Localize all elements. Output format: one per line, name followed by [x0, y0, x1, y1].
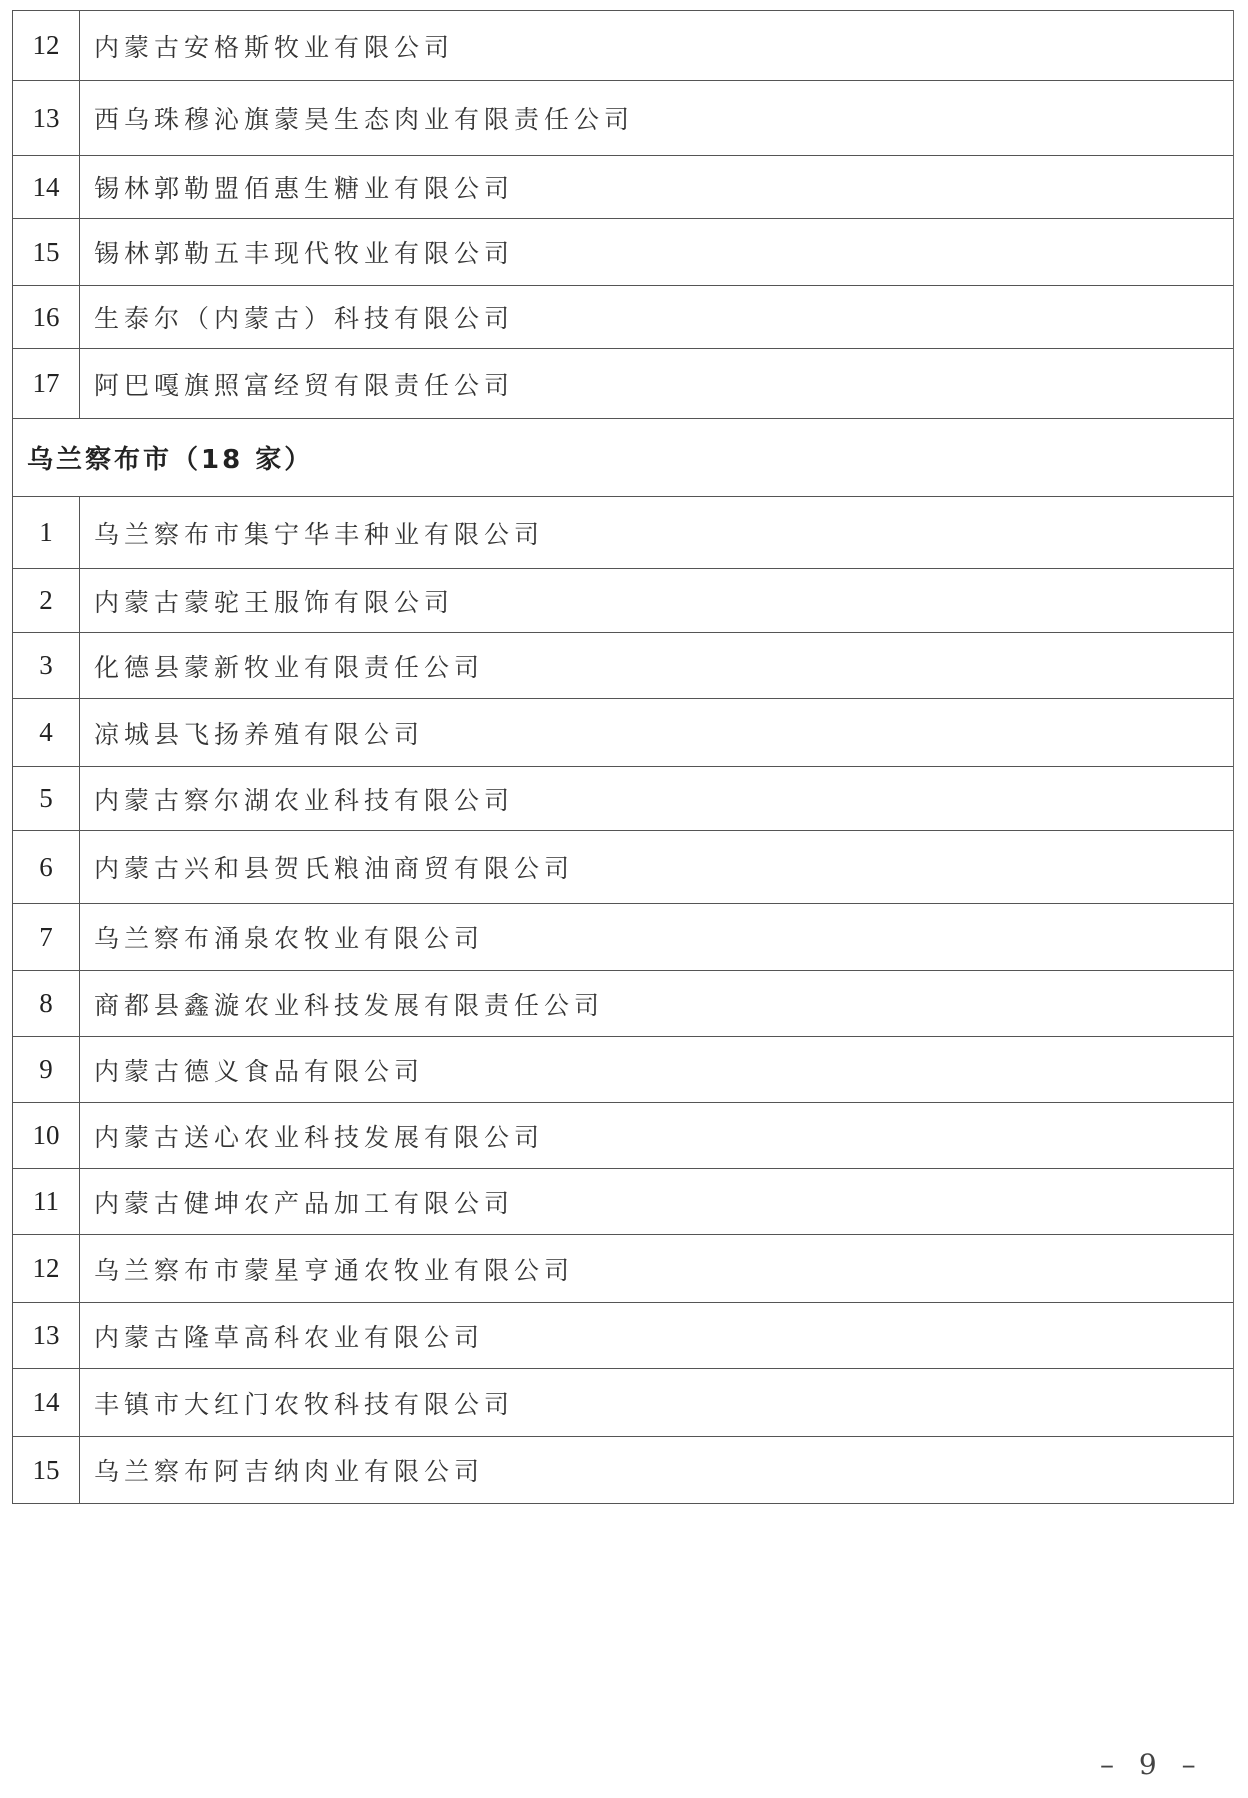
company-name: 商都县鑫漩农业科技发展有限责任公司 — [80, 971, 1233, 1036]
table-row: 1乌兰察布市集宁华丰种业有限公司 — [13, 496, 1233, 568]
row-number: 13 — [13, 81, 80, 155]
row-number: 4 — [13, 699, 80, 766]
row-number: 6 — [13, 831, 80, 903]
row-number: 11 — [13, 1169, 80, 1234]
section-header-row: 乌兰察布市（18 家） — [13, 418, 1233, 496]
table-row: 9内蒙古德义食品有限公司 — [13, 1036, 1233, 1102]
table-row: 6内蒙古兴和县贺氏粮油商贸有限公司 — [13, 830, 1233, 903]
company-name: 丰镇市大红门农牧科技有限公司 — [80, 1369, 1233, 1436]
row-number: 9 — [13, 1037, 80, 1102]
table-row: 10内蒙古送心农业科技发展有限公司 — [13, 1102, 1233, 1168]
table-row: 15锡林郭勒五丰现代牧业有限公司 — [13, 218, 1233, 285]
company-name: 乌兰察布阿吉纳肉业有限公司 — [80, 1437, 1233, 1503]
company-name: 内蒙古安格斯牧业有限公司 — [80, 11, 1233, 80]
row-number: 17 — [13, 349, 80, 418]
table-row: 14丰镇市大红门农牧科技有限公司 — [13, 1368, 1233, 1436]
row-number: 12 — [13, 11, 80, 80]
company-name: 内蒙古隆草高科农业有限公司 — [80, 1303, 1233, 1368]
company-name: 西乌珠穆沁旗蒙昊生态肉业有限责任公司 — [80, 81, 1233, 155]
row-number: 7 — [13, 904, 80, 970]
table-body-bottom: 1乌兰察布市集宁华丰种业有限公司2内蒙古蒙驼王服饰有限公司3化德县蒙新牧业有限责… — [13, 496, 1233, 1503]
company-name: 内蒙古送心农业科技发展有限公司 — [80, 1103, 1233, 1168]
row-number: 5 — [13, 767, 80, 830]
company-name: 凉城县飞扬养殖有限公司 — [80, 699, 1233, 766]
table-row: 16生泰尔（内蒙古）科技有限公司 — [13, 285, 1233, 348]
row-number: 8 — [13, 971, 80, 1036]
table-row: 7乌兰察布涌泉农牧业有限公司 — [13, 903, 1233, 970]
company-name: 生泰尔（内蒙古）科技有限公司 — [80, 286, 1233, 348]
row-number: 15 — [13, 219, 80, 285]
row-number: 10 — [13, 1103, 80, 1168]
row-number: 14 — [13, 1369, 80, 1436]
row-number: 3 — [13, 633, 80, 698]
table-row: 13内蒙古隆草高科农业有限公司 — [13, 1302, 1233, 1368]
company-name: 锡林郭勒五丰现代牧业有限公司 — [80, 219, 1233, 285]
table-row: 3化德县蒙新牧业有限责任公司 — [13, 632, 1233, 698]
table-row: 4凉城县飞扬养殖有限公司 — [13, 698, 1233, 766]
row-number: 14 — [13, 156, 80, 218]
page-number: – 9 – — [1100, 1748, 1204, 1781]
table-row: 12内蒙古安格斯牧业有限公司 — [13, 10, 1233, 80]
table-row: 2内蒙古蒙驼王服饰有限公司 — [13, 568, 1233, 632]
table-row: 5内蒙古察尔湖农业科技有限公司 — [13, 766, 1233, 830]
company-name: 乌兰察布涌泉农牧业有限公司 — [80, 904, 1233, 970]
row-number: 16 — [13, 286, 80, 348]
table-body-top: 12内蒙古安格斯牧业有限公司13西乌珠穆沁旗蒙昊生态肉业有限责任公司14锡林郭勒… — [13, 10, 1233, 418]
section-title: 乌兰察布市（18 家） — [27, 439, 313, 476]
company-name: 阿巴嘎旗照富经贸有限责任公司 — [80, 349, 1233, 418]
company-name: 乌兰察布市集宁华丰种业有限公司 — [80, 497, 1233, 568]
company-name: 内蒙古兴和县贺氏粮油商贸有限公司 — [80, 831, 1233, 903]
row-number: 12 — [13, 1235, 80, 1302]
table-row: 14锡林郭勒盟佰惠生糖业有限公司 — [13, 155, 1233, 218]
table-row: 17阿巴嘎旗照富经贸有限责任公司 — [13, 348, 1233, 418]
table-row: 11内蒙古健坤农产品加工有限公司 — [13, 1168, 1233, 1234]
table-row: 15乌兰察布阿吉纳肉业有限公司 — [13, 1436, 1233, 1503]
table-row: 13西乌珠穆沁旗蒙昊生态肉业有限责任公司 — [13, 80, 1233, 155]
row-number: 1 — [13, 497, 80, 568]
company-name: 内蒙古德义食品有限公司 — [80, 1037, 1233, 1102]
company-name: 内蒙古蒙驼王服饰有限公司 — [80, 569, 1233, 632]
company-name: 内蒙古健坤农产品加工有限公司 — [80, 1169, 1233, 1234]
row-number: 2 — [13, 569, 80, 632]
row-number: 15 — [13, 1437, 80, 1503]
company-name: 内蒙古察尔湖农业科技有限公司 — [80, 767, 1233, 830]
table-row: 12乌兰察布市蒙星亨通农牧业有限公司 — [13, 1234, 1233, 1302]
company-name: 化德县蒙新牧业有限责任公司 — [80, 633, 1233, 698]
enterprise-list-table: 12内蒙古安格斯牧业有限公司13西乌珠穆沁旗蒙昊生态肉业有限责任公司14锡林郭勒… — [12, 10, 1234, 1504]
company-name: 乌兰察布市蒙星亨通农牧业有限公司 — [80, 1235, 1233, 1302]
row-number: 13 — [13, 1303, 80, 1368]
company-name: 锡林郭勒盟佰惠生糖业有限公司 — [80, 156, 1233, 218]
table-row: 8商都县鑫漩农业科技发展有限责任公司 — [13, 970, 1233, 1036]
